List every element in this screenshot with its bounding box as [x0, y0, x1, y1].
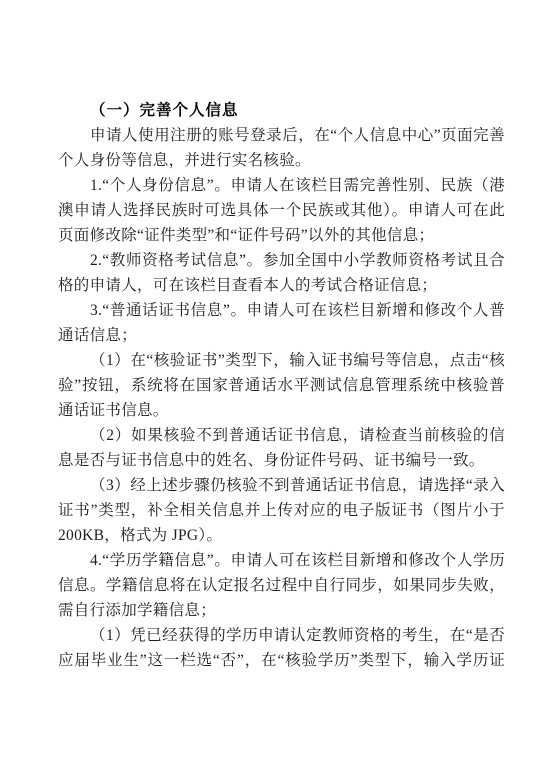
- text-line: 澳申请人选择民族时可选具体一个民族或其他）。申请人可在此: [58, 198, 505, 223]
- text-line: 1.“个人身份信息”。申请人在该栏目需完善性别、民族（港: [58, 173, 505, 198]
- text-line: 4.“学历学籍信息”。申请人可在该栏目新增和修改个人学历: [58, 548, 505, 573]
- text-line: 应届毕业生”这一栏选“否”，在“核验学历”类型下，输入学历证: [58, 648, 505, 673]
- document-page: （一）完善个人信息申请人使用注册的账号登录后，在“个人信息中心”页面完善个人身份…: [0, 0, 554, 784]
- text-line: 信息。学籍信息将在认定报名过程中自行同步，如果同步失败，: [58, 573, 505, 598]
- text-line: 需自行添加学籍信息；: [58, 598, 505, 623]
- text-line: 页面修改除“证件类型”和“证件号码”以外的其他信息；: [58, 223, 505, 248]
- text-line: 息是否与证书信息中的姓名、身份证件号码、证书编号一致。: [58, 448, 505, 473]
- text-line: 200KB，格式为 JPG）。: [58, 523, 505, 548]
- text-line: 证书”类型，补全相关信息并上传对应的电子版证书（图片小于: [58, 498, 505, 523]
- text-line: （2）如果核验不到普通话证书信息，请检查当前核验的信: [58, 423, 505, 448]
- text-line: 格的申请人，可在该栏目查看本人的考试合格证信息；: [58, 273, 505, 298]
- text-line: （1）凭已经获得的学历申请认定教师资格的考生，在“是否: [58, 623, 505, 648]
- text-line: 通话证书信息。: [58, 398, 505, 423]
- text-line: （1）在“核验证书”类型下，输入证书编号等信息，点击“核: [58, 348, 505, 373]
- text-line: 3.“普通话证书信息”。申请人可在该栏目新增和修改个人普: [58, 298, 505, 323]
- text-line: 个人身份等信息，并进行实名核验。: [58, 148, 505, 173]
- text-line: 申请人使用注册的账号登录后，在“个人信息中心”页面完善: [58, 123, 505, 148]
- document-body: （一）完善个人信息申请人使用注册的账号登录后，在“个人信息中心”页面完善个人身份…: [58, 98, 505, 673]
- text-line: （3）经上述步骤仍核验不到普通话证书信息，请选择“录入: [58, 473, 505, 498]
- text-line: 通话信息；: [58, 323, 505, 348]
- text-line: 2.“教师资格考试信息”。参加全国中小学教师资格考试且合: [58, 248, 505, 273]
- section-heading: （一）完善个人信息: [58, 98, 505, 123]
- text-line: 验”按钮，系统将在国家普通话水平测试信息管理系统中核验普: [58, 373, 505, 398]
